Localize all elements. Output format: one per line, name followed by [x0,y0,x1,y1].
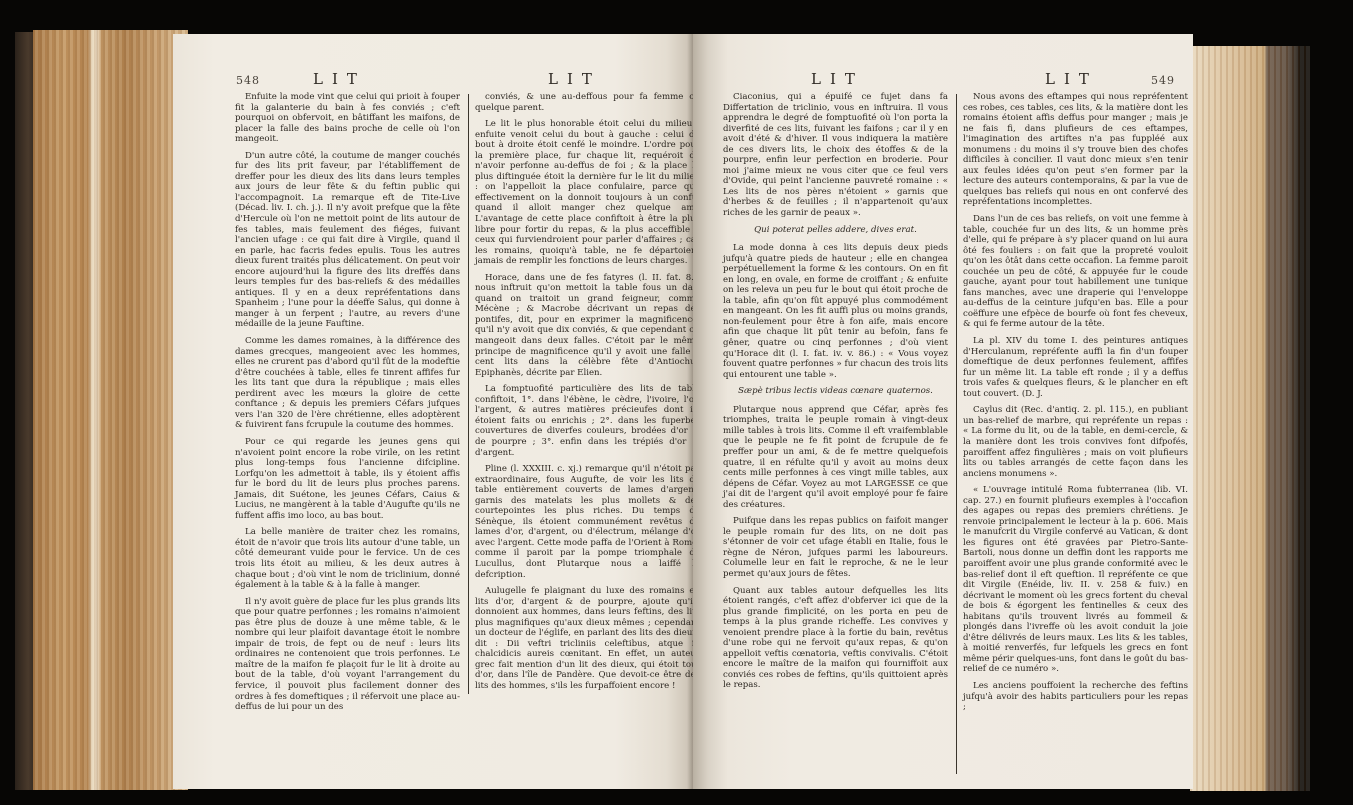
running-head: LIT [548,70,601,88]
column-rule [468,94,469,694]
paragraph: Nous avons des eftampes qui nous repréfe… [963,92,1188,208]
paragraph: Dans l'un de ces bas reliefs, on voit un… [963,214,1188,330]
paragraph: La belle manière de traiter chez les rom… [235,527,460,590]
column-rule [956,94,957,774]
paragraph: Caylus dit (Rec. d'antiq. 2. pl. 115.), … [963,405,1188,479]
paragraph: Aulugelle fe plaignant du luxe des romai… [475,586,700,691]
page-number: 549 [1151,74,1175,87]
paragraph: Plutarque nous apprend que Céfar, après … [723,405,948,510]
open-book: 548 LIT LIT Enfuite la mode vint que cel… [15,12,1353,792]
left-page: 548 LIT LIT Enfuite la mode vint que cel… [173,34,693,789]
right-page-stack-edge [1190,46,1310,791]
paragraph: Qui poterat pelles addere, dives erat. [723,225,948,236]
paragraph: La mode donna à ces lits depuis deux pie… [723,243,948,380]
running-head: LIT [811,70,864,88]
paragraph: Enfuite la mode vint que celui qui prioi… [235,92,460,145]
text-column-4: Nous avons des eftampes qui nous repréfe… [963,92,1188,719]
page-number: 548 [236,74,260,87]
right-page: LIT LIT 549 Ciaconius, qui a épuifé ce f… [693,34,1193,789]
paragraph: conviés, & une au-deffous pour fa femme … [475,92,700,113]
text-column-2: conviés, & une au-deffous pour fa femme … [475,92,700,698]
paragraph: D'un autre côté, la coutume de manger co… [235,151,460,330]
paragraph: Les anciens pouffoient la recherche des … [963,681,1188,713]
paragraph: Pour ce qui regarde les jeunes gens qui … [235,437,460,521]
paragraph: Quant aux tables autour defquelles les l… [723,586,948,691]
paragraph: Le lit le plus honorable étoit celui du … [475,119,700,267]
paragraph: Pline (l. XXXIII. c. xj.) remarque qu'il… [475,464,700,580]
paragraph: « L'ouvrage intitulé Roma fubterranea (l… [963,485,1188,675]
paragraph: La fomptuofité particulière des lits de … [475,384,700,458]
left-page-stack-edge [33,30,188,790]
running-head: LIT [1045,70,1098,88]
paragraph: Comme les dames romaines, à la différenc… [235,336,460,431]
paragraph: La pl. XIV du tome I. des peintures anti… [963,336,1188,399]
paragraph: Sæpè tribus lectis videas cœnare quatern… [723,386,948,397]
running-head: LIT [313,70,366,88]
paragraph: Il n'y avoit guère de place fur les plus… [235,597,460,713]
text-column-1: Enfuite la mode vint que celui qui prioi… [235,92,460,719]
paragraph: Ciaconius, qui a épuifé ce fujet dans fa… [723,92,948,219]
paragraph: Puifque dans les repas publics on faifoi… [723,516,948,579]
text-column-3: Ciaconius, qui a épuifé ce fujet dans fa… [723,92,948,697]
paragraph: Horace, dans une de fes fatyres (l. II. … [475,273,700,378]
